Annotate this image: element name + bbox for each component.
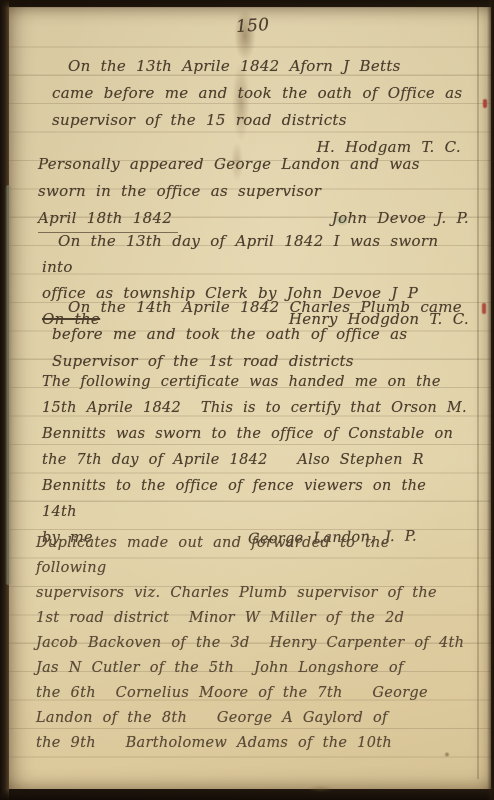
handwriting-line: The following certificate was handed me …: [42, 369, 469, 395]
handwriting-line: the 6th Cornelius Moore of the 7th Georg…: [36, 681, 469, 706]
entry-oath-plumb: On the 14th Aprile 1842 Charles Plumb ca…: [8, 294, 491, 375]
handwriting-line: On the 13th day of April 1842 I was swor…: [42, 228, 469, 280]
entry-oath-betts: On the 13th Aprile 1842 Aforn J Betts ca…: [8, 53, 491, 161]
cover-edge-bottom: [0, 789, 494, 800]
entry-certificate-bennitts: The following certificate was handed me …: [8, 369, 491, 551]
cover-edge-top: [0, 0, 494, 8]
handwriting-line: supervisors viz. Charles Plumb superviso…: [36, 581, 469, 606]
handwriting-line: Jas N Cutler of the 5th John Longshore o…: [36, 656, 469, 681]
handwriting-line: On the 14th Aprile 1842 Charles Plumb ca…: [52, 294, 469, 321]
handwriting-line: On the 13th Aprile 1842 Aforn J Betts: [52, 53, 469, 80]
entry-duplicates-list: Duplicates made out and forwarded to the…: [8, 531, 491, 756]
handwriting-line: Bennitts to the office of fence viewers …: [42, 473, 469, 525]
page-edge-crease: [477, 7, 479, 779]
handwriting-line: the 7th day of Aprile 1842 Also Stephen …: [42, 447, 469, 473]
entry-landon-sworn: Personally appeared George Landon and wa…: [8, 151, 491, 233]
handwriting-line: came before me and took the oath of Offi…: [52, 80, 469, 107]
handwriting-line: before me and took the oath of office as: [52, 321, 469, 348]
handwriting-line: supervisor of the 15 road districts: [52, 107, 469, 134]
handwriting-line: Jacob Backoven of the 3d Henry Carpenter…: [36, 631, 469, 656]
handwriting-line: Landon of the 8th George A Gaylord of: [36, 706, 469, 731]
scanned-book-photo: 150 On the 13th Aprile 1842 Aforn J Bett…: [0, 0, 494, 800]
binding-green-band: [5, 185, 12, 585]
handwriting-line: 1st road district Minor W Miller of the …: [36, 606, 469, 631]
handwriting-line: sworn in the office as supervisor: [38, 178, 469, 205]
handwriting-line: Duplicates made out and forwarded to the…: [36, 531, 469, 581]
handwriting-layer: 150 On the 13th Aprile 1842 Aforn J Bett…: [8, 7, 491, 789]
cover-edge-right: [487, 0, 494, 800]
handwriting-line: 15th Aprile 1842 This is to certify that…: [42, 395, 469, 421]
handwriting-line: the 9th Bartholomew Adams of the 10th: [36, 731, 469, 756]
red-edge-mark: [482, 303, 486, 314]
book-page: 150 On the 13th Aprile 1842 Aforn J Bett…: [8, 7, 491, 789]
handwriting-line: Personally appeared George Landon and wa…: [38, 151, 469, 178]
handwriting-line: Bennitts was sworn to the office of Cons…: [42, 421, 469, 447]
page-number: 150: [235, 15, 270, 37]
